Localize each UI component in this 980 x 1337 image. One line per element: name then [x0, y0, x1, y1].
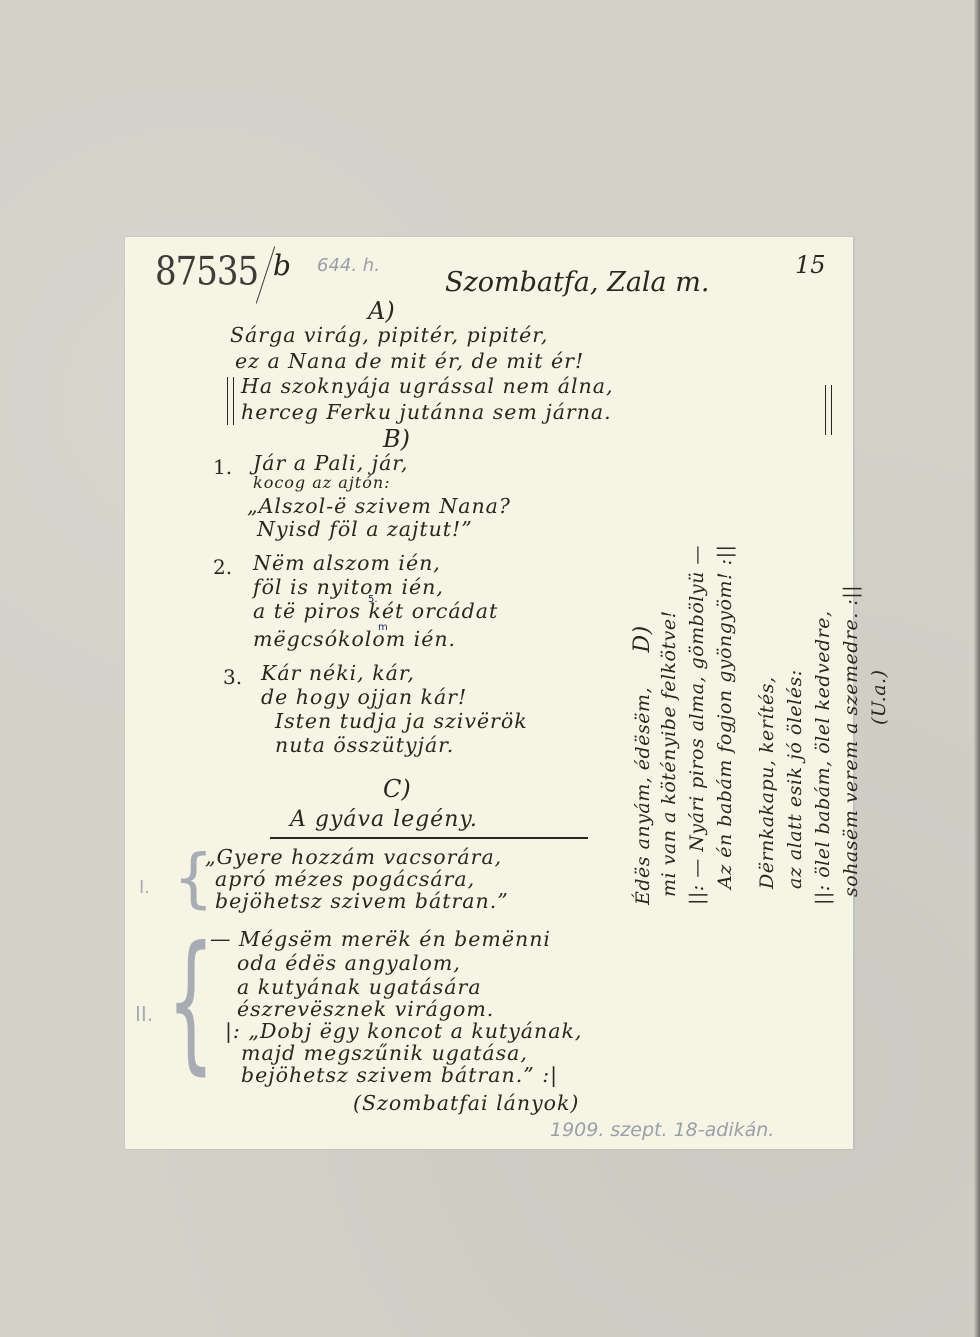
- catalog-suffix: b: [273, 249, 291, 282]
- section-d-line: Dërnkakapu, kerítés,: [756, 545, 784, 905]
- part-two-line: majd megszűnik ugatása,: [241, 1041, 528, 1065]
- section-d-label: D): [630, 625, 655, 652]
- section-a-label: A): [368, 297, 395, 325]
- part-two-line: oda édës angyalom,: [237, 951, 461, 975]
- verse-line: nuta összütyjár.: [275, 733, 454, 757]
- manuscript-sheet: 87535 b 644. h. Szombatfa, Zala m. 15 A)…: [125, 237, 854, 1149]
- verse-line: Nyisd föl a zajtut!”: [257, 517, 473, 541]
- section-d-line: ||: ölel babám, ölel kedvedre,: [812, 545, 840, 905]
- section-b-label: B): [383, 425, 410, 453]
- part-one-line: bejöhetsz szivem bátran.”: [215, 889, 509, 913]
- verse-line: Jár a Pali, jár,: [253, 451, 408, 475]
- verse-number: 1.: [213, 455, 232, 479]
- section-d-line: Az én babám fogjon gyöngyöm! :||: [714, 545, 742, 905]
- part-two-line: bejöhetsz szivem bátran.” :|: [241, 1063, 558, 1087]
- verse-line: a të piros két orcádat: [253, 599, 498, 623]
- section-a-line: ez a Nana de mit ér, de mit ér!: [235, 349, 584, 373]
- repeat-open-sign: [227, 377, 234, 425]
- part-one-line: apró mézes pogácsára,: [215, 867, 475, 891]
- part-two-line: — Mégsëm merëk én bemënni: [210, 927, 551, 951]
- section-a-line: herceg Ferku jutánna sem járna.: [241, 400, 612, 424]
- part-two-line: |: „Dobj ëgy koncot a kutyának,: [225, 1019, 582, 1043]
- pencil-date-note: 1909. szept. 18-adikán.: [550, 1119, 774, 1141]
- verse-line: „Alszol-ë szivem Nana?: [247, 494, 511, 518]
- verse-number: 2.: [213, 555, 232, 579]
- verse-line: Isten tudja ja szivërök: [275, 709, 528, 733]
- part-marker: II.: [135, 1002, 153, 1026]
- page-number: 15: [795, 251, 826, 279]
- verse-line: mëgcsókolom ién.: [253, 627, 456, 651]
- section-d-line: Édës anyám, édësëm, D): [630, 545, 658, 905]
- part-one-line: „Gyere hozzám vacsorára,: [205, 845, 502, 869]
- section-d-line: ||: — Nyári piros alma, gömbölyü —: [686, 545, 714, 905]
- place-heading: Szombatfa, Zala m.: [445, 267, 709, 298]
- title-underline: [270, 837, 588, 839]
- verse-line: Nëm alszom ién,: [253, 551, 441, 575]
- part-two-brace: {: [167, 927, 215, 1077]
- verse-line: kocog az ajtón:: [253, 473, 391, 492]
- section-c-label: C): [383, 775, 411, 803]
- part-two-line: a kutyának ugatására: [237, 975, 482, 999]
- verse-number: 3.: [223, 665, 242, 689]
- section-d-vertical-block: Édës anyám, édësëm, D) mi van a kötényib…: [630, 545, 896, 905]
- verse-line: de hogy ojjan kár!: [261, 685, 467, 709]
- song-title: A gyáva legény.: [290, 807, 478, 832]
- section-d-line: sohasëm verem a szemedre. :||: [840, 545, 868, 905]
- section-a-line: Sárga virág, pipitér, pipitér,: [230, 323, 548, 347]
- verse-line: Kár néki, kár,: [261, 661, 415, 685]
- section-a-line: Ha szoknyája ugrással nem álna,: [241, 374, 614, 398]
- section-d-attribution: (U.a.): [868, 545, 896, 905]
- section-d-line: az alatt esik jó ölelés:: [784, 545, 812, 905]
- part-two-line: észrevësznek virágom.: [237, 997, 494, 1021]
- verse-line: föl is nyitom ién,: [253, 575, 444, 599]
- board-edge-shadow: [974, 0, 980, 1337]
- pencil-archive-code: 644. h.: [317, 255, 380, 276]
- song-attribution: (Szombatfai lányok): [353, 1091, 579, 1115]
- section-d-line: mi van a kötényibe felkötve!: [658, 545, 686, 905]
- part-marker: I.: [139, 877, 150, 898]
- catalog-number-stamp: 87535: [155, 249, 258, 295]
- repeat-close-sign: [825, 385, 832, 435]
